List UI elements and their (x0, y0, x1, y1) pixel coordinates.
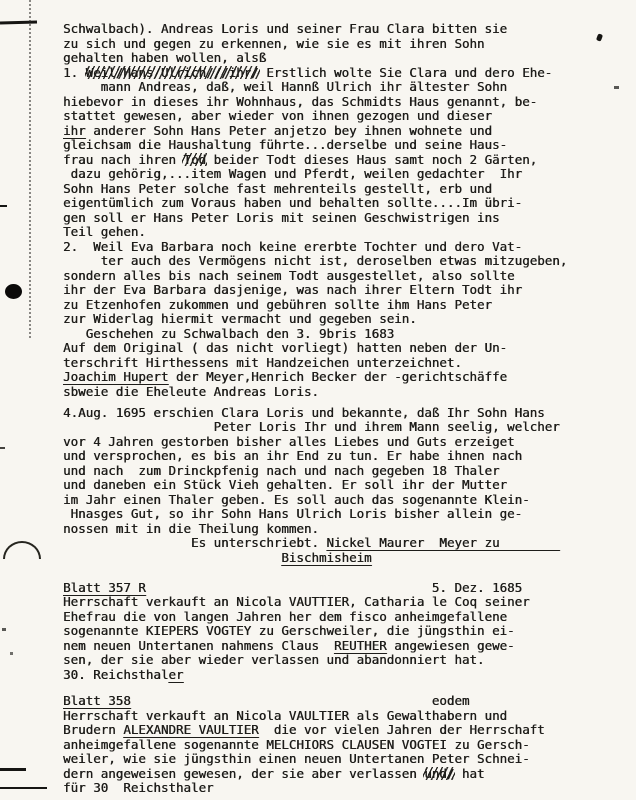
text-segment: Herrschaft verkauft an Nicola VAULTIER a… (63, 708, 507, 723)
text-segment: sogenannte KIEPERS VOGTEY zu Gerschweile… (63, 623, 515, 638)
text-segment: Sohn Hans Peter solche fast mehrenteils … (63, 181, 492, 196)
text-segment: zu sich und gegen zu erkennen, wie sie e… (63, 36, 484, 51)
scan-artifact-pen-arc (3, 541, 41, 559)
text-segment: weiler, wie sie jüngsthin einen neuen Un… (63, 751, 530, 766)
text-segment: zu Etzenhofen zukommen und gebühren soll… (63, 297, 492, 312)
text-segment: anheimgefallene sogenannte MELCHIORS CLA… (63, 737, 530, 752)
struck-out-text: Tod (183, 153, 206, 168)
text-segment: Auf dem Original ( das nicht vorliegt) h… (63, 340, 507, 355)
text-line: Herrschaft verkauft an Nicola VAUTTIER, … (63, 595, 623, 610)
text-segment: 1. (63, 65, 86, 80)
underlined-text: ihr (63, 123, 86, 138)
text-segment: hat (454, 766, 484, 781)
text-line: Brudern ALEXANDRE VAULTIER die vor viele… (63, 723, 623, 738)
text-segment: für 30 Reichsthaler (63, 780, 214, 795)
underlined-text: er (168, 667, 183, 682)
text-line: und nach zum Drinckpfenig nach und nach … (63, 464, 623, 479)
text-segment: anderer Sohn Hans Peter anjetzo bey ihne… (86, 123, 492, 138)
text-line: Peter Loris Ihr und ihrem Mann seelig, w… (63, 420, 623, 435)
text-segment: eigentümlich zum Voraus haben und behalt… (63, 195, 522, 210)
text-segment: nem neuen Untertanen nahmens Claus (63, 638, 334, 653)
text-line: Sohn Hans Peter solche fast mehrenteils … (63, 182, 623, 197)
text-segment: 5. Dez. 1685 (146, 580, 522, 595)
text-line: 1. Weil/Hans/Ulrich///ihr/ Erstlich wolt… (63, 66, 623, 81)
text-line: Geschehen zu Schwalbach den 3. 9bris 168… (63, 327, 623, 342)
text-line: frau nach ihren Tod beider Todt dieses H… (63, 153, 623, 168)
underlined-text: Nickel Maurer Meyer zu (326, 535, 559, 550)
text-line: sogenannte KIEPERS VOGTEY zu Gerschweile… (63, 624, 623, 639)
text-segment: sen, der sie aber wieder verlassen und a… (63, 652, 484, 667)
scan-artifact-margin-dash (0, 205, 7, 207)
text-segment: nossen mit in die Theilung kommen. (63, 521, 319, 536)
text-line: gehalten haben wollen, alsß (63, 51, 623, 66)
paragraph: Schwalbach). Andreas Loris und seiner Fr… (63, 22, 623, 399)
text-line: Joachim Hupert der Meyer,Henrich Becker … (63, 370, 623, 385)
text-segment (63, 550, 281, 565)
text-segment: sbweie die Eheleute Andreas Loris. (63, 384, 319, 399)
text-segment: zur Widerlag hiermit vermacht und gegebe… (63, 311, 417, 326)
text-line: nem neuen Untertanen nahmens Claus REUTH… (63, 639, 623, 654)
text-segment: angewiesen gewe- (387, 638, 515, 653)
struck-out-text: und/ (424, 767, 454, 782)
text-segment: terschrift Hirthessens mit Handzeichen u… (63, 355, 462, 370)
text-segment: ihr der Eva Barbara dasjenige, was nach … (63, 282, 522, 297)
text-line: Ehefrau die von langen Jahren her dem fi… (63, 610, 623, 625)
text-segment: hiebevor in dieses ihr Wohnhaus, das Sch… (63, 94, 537, 109)
text-line: 4.Aug. 1695 erschien Clara Loris und bek… (63, 406, 623, 421)
text-line: 30. Reichsthaler (63, 668, 623, 683)
text-line: gen soll er Hans Peter Loris mit seinen … (63, 211, 623, 226)
text-line: und versprochen, es bis an ihr End zu tu… (63, 449, 623, 464)
text-segment: ter auch des Vermögens nicht ist, derose… (63, 253, 567, 268)
text-line: Herrschaft verkauft an Nicola VAULTIER a… (63, 709, 623, 724)
text-line: sbweie die Eheleute Andreas Loris. (63, 385, 623, 400)
text-segment: mann Andreas, daß, weil Hannß Ulrich ihr… (63, 79, 507, 94)
text-line: und daneben ein Stück Vieh gehalten. Er … (63, 478, 623, 493)
text-line: Schwalbach). Andreas Loris und seiner Fr… (63, 22, 623, 37)
scan-artifact-bottom-line (0, 787, 47, 789)
text-segment: die vor vielen Jahren der Herrschaft (259, 722, 545, 737)
text-line: stattet gewesen, aber wieder von ihnen g… (63, 109, 623, 124)
text-segment: Erstlich wolte Sie Clara und dero Ehe- (259, 65, 553, 80)
text-line: sen, der sie aber wieder verlassen und a… (63, 653, 623, 668)
text-segment: 4.Aug. 1695 erschien Clara Loris und bek… (63, 405, 545, 420)
scan-artifact-top-left-line (0, 21, 37, 25)
text-segment: 30. Reichsthal (63, 667, 168, 682)
text-segment: gehalten haben wollen, alsß (63, 50, 266, 65)
text-line: Blatt 358 eodem (63, 694, 623, 709)
scan-artifact-margin-dash (0, 447, 5, 449)
text-segment: und daneben ein Stück Vieh gehalten. Er … (63, 477, 507, 492)
text-line: dazu gehörig,...item Wagen und Pferdt, w… (63, 167, 623, 182)
scan-artifact-speck (2, 628, 6, 631)
text-line: im Jahr einen Thaler geben. Es soll auch… (63, 493, 623, 508)
underlined-text: Blatt 358 (63, 693, 131, 708)
text-line: Hnasges Gut, so ihr Sohn Hans Ulrich Lor… (63, 507, 623, 522)
text-line: vor 4 Jahren gestorben bisher alles Lieb… (63, 435, 623, 450)
text-segment: im Jahr einen Thaler geben. Es soll auch… (63, 492, 530, 507)
text-line: 2. Weil Eva Barbara noch keine ererbte T… (63, 240, 623, 255)
underlined-text: ALEXANDRE VAULTIER (123, 722, 258, 737)
text-line: anheimgefallene sogenannte MELCHIORS CLA… (63, 738, 623, 753)
text-line: Es unterschriebt. Nickel Maurer Meyer zu (63, 536, 623, 551)
text-segment: dazu gehörig,...item Wagen und Pferdt, w… (63, 166, 522, 181)
text-segment: eodem (131, 693, 470, 708)
scan-artifact-ink-blob (5, 284, 22, 299)
text-segment: Ehefrau die von langen Jahren her dem fi… (63, 609, 507, 624)
text-segment: Schwalbach). Andreas Loris und seiner Fr… (63, 21, 507, 36)
scan-artifact-speck (10, 652, 13, 655)
text-segment: Peter Loris Ihr und ihrem Mann seelig, w… (63, 419, 560, 434)
text-line: Blatt 357 R 5. Dez. 1685 (63, 581, 623, 596)
text-segment: stattet gewesen, aber wieder von ihnen g… (63, 108, 492, 123)
text-segment: der Meyer,Henrich Becker der -gerichtsch… (168, 369, 507, 384)
text-line: für 30 Reichsthaler (63, 781, 623, 796)
paragraph: Blatt 357 R 5. Dez. 1685Herrschaft verka… (63, 581, 623, 683)
text-line: ter auch des Vermögens nicht ist, derose… (63, 254, 623, 269)
paragraph: 4.Aug. 1695 erschien Clara Loris und bek… (63, 406, 623, 566)
text-segment: und versprochen, es bis an ihr End zu tu… (63, 448, 522, 463)
struck-out-text: Weil/Hans/Ulrich///ihr/ (86, 66, 259, 81)
paragraph: Blatt 358 eodemHerrschaft verkauft an Ni… (63, 694, 623, 796)
text-segment: und nach zum Drinckpfenig nach und nach … (63, 463, 500, 478)
text-segment: Geschehen zu Schwalbach den 3. 9bris 168… (63, 326, 394, 341)
text-line: gleichsam die Haushaltung führte...derse… (63, 138, 623, 153)
underlined-text: REUTHER (334, 638, 387, 653)
text-line: ihr anderer Sohn Hans Peter anjetzo bey … (63, 124, 623, 139)
text-segment: beider Todt dieses Haus samt noch 2 Gärt… (206, 152, 537, 167)
text-line: weiler, wie sie jüngsthin einen neuen Un… (63, 752, 623, 767)
text-line: terschrift Hirthessens mit Handzeichen u… (63, 356, 623, 371)
text-line: Teil gehen. (63, 225, 623, 240)
text-line: mann Andreas, daß, weil Hannß Ulrich ihr… (63, 80, 623, 95)
underlined-text: Blatt 357 R (63, 580, 146, 595)
text-segment: 2. Weil Eva Barbara noch keine ererbte T… (63, 239, 522, 254)
text-line: zu Etzenhofen zukommen und gebühren soll… (63, 298, 623, 313)
text-line: zur Widerlag hiermit vermacht und gegebe… (63, 312, 623, 327)
text-line: eigentümlich zum Voraus haben und behalt… (63, 196, 623, 211)
text-segment: Es unterschriebt. (63, 535, 326, 550)
text-segment: Hnasges Gut, so ihr Sohn Hans Ulrich Lor… (63, 506, 522, 521)
text-line: dern angeweisen gewesen, der sie aber ve… (63, 767, 623, 782)
text-segment: frau nach ihren (63, 152, 183, 167)
text-segment: Brudern (63, 722, 123, 737)
text-line: ihr der Eva Barbara dasjenige, was nach … (63, 283, 623, 298)
text-segment: sondern alles bis nach seinem Todt ausge… (63, 268, 515, 283)
text-line: nossen mit in die Theilung kommen. (63, 522, 623, 537)
text-segment: Herrschaft verkauft an Nicola VAUTTIER, … (63, 594, 530, 609)
text-segment: dern angeweisen gewesen, der sie aber ve… (63, 766, 424, 781)
text-line: Bischmisheim (63, 551, 623, 566)
text-segment: gen soll er Hans Peter Loris mit seinen … (63, 210, 500, 225)
underlined-text: Bischmisheim (281, 550, 371, 565)
scan-artifact-bottom-line (0, 768, 26, 771)
text-line: Auf dem Original ( das nicht vorliegt) h… (63, 341, 623, 356)
text-segment: gleichsam die Haushaltung führte...derse… (63, 137, 507, 152)
text-segment: vor 4 Jahren gestorben bisher alles Lieb… (63, 434, 515, 449)
text-segment: Teil gehen. (63, 224, 146, 239)
text-line: zu sich und gegen zu erkennen, wie sie e… (63, 37, 623, 52)
text-line: hiebevor in dieses ihr Wohnhaus, das Sch… (63, 95, 623, 110)
underlined-text: Joachim Hupert (63, 369, 168, 384)
text-line: sondern alles bis nach seinem Todt ausge… (63, 269, 623, 284)
typewritten-page: Schwalbach). Andreas Loris und seiner Fr… (63, 22, 623, 796)
scan-artifact-dotted-margin-line (29, 0, 31, 338)
